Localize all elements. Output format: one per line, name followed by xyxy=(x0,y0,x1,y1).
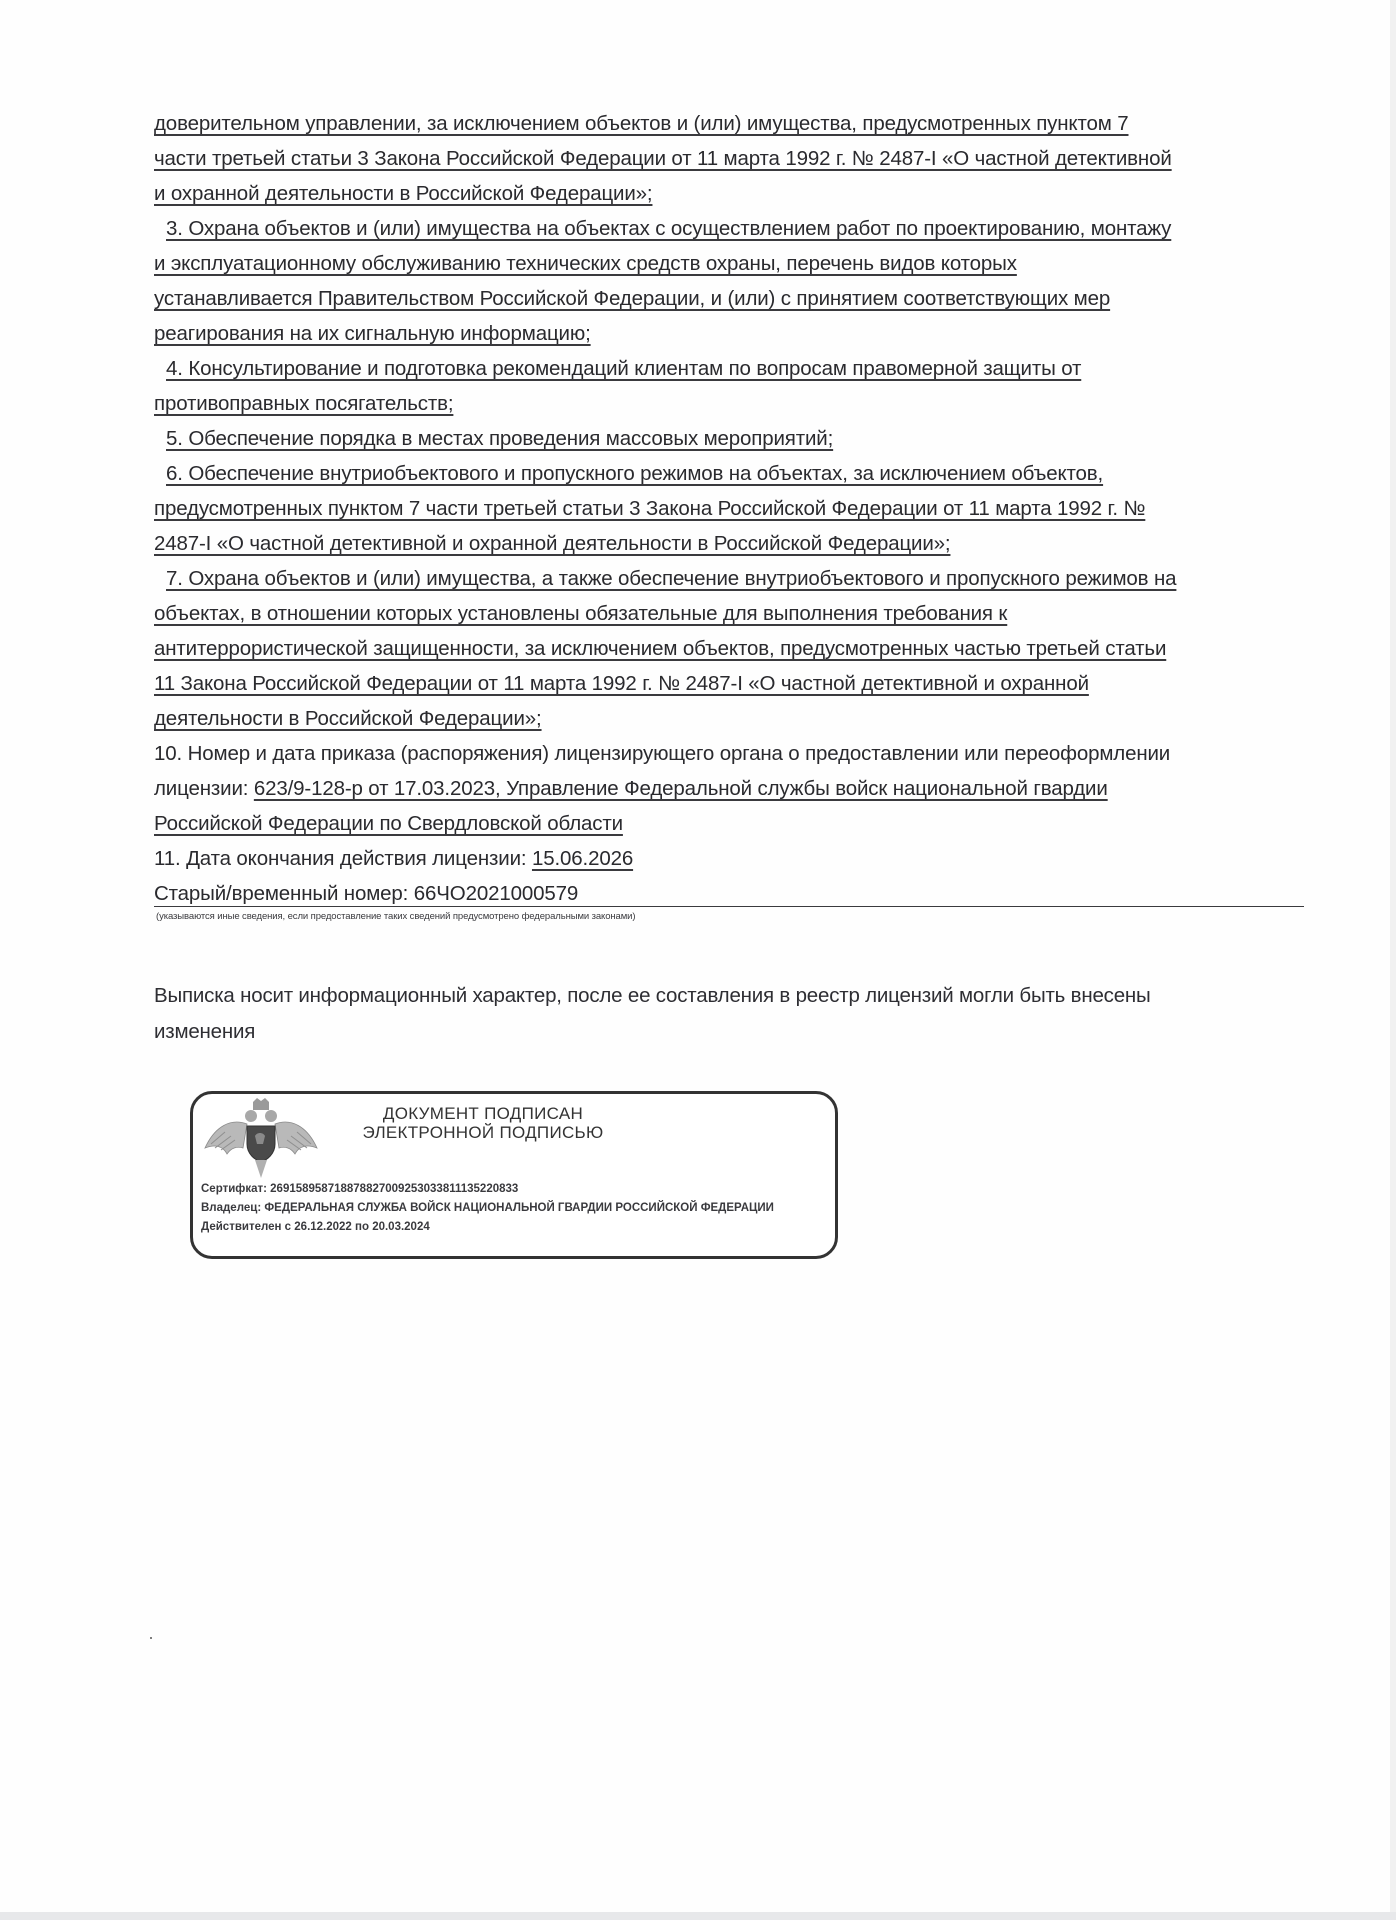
item-10-line-1: 10. Номер и дата приказа (распоряжения) … xyxy=(154,736,1304,771)
old-number-value: Старый/временный номер: 66ЧО2021000579 xyxy=(154,882,578,905)
item-10-authority-value: Российской Федерации по Свердловской обл… xyxy=(154,812,623,835)
scan-speck xyxy=(150,1637,152,1639)
scan-edge-bottom xyxy=(0,1912,1396,1920)
item-11-expiry-value: 15.06.2026 xyxy=(532,847,633,870)
activity-line: 2487-I «О частной детективной и охранной… xyxy=(154,526,1304,561)
activity-line-text: реагирования на их сигнальную информацию… xyxy=(154,322,591,345)
stamp-title: ДОКУМЕНТ ПОДПИСАН ЭЛЕКТРОННОЙ ПОДПИСЬЮ xyxy=(333,1104,633,1142)
activity-line-text: 4. Консультирование и подготовка рекомен… xyxy=(154,357,1081,380)
activity-line: части третьей статьи 3 Закона Российской… xyxy=(154,141,1304,176)
activity-line-text: 11 Закона Российской Федерации от 11 мар… xyxy=(154,672,1089,695)
activity-line-text: 2487-I «О частной детективной и охранной… xyxy=(154,532,950,555)
activity-line-text: 6. Обеспечение внутриобъектового и пропу… xyxy=(154,462,1103,485)
footnote-rule xyxy=(154,906,1304,907)
activity-line-text: и охранной деятельности в Российской Фед… xyxy=(154,182,652,205)
certificate-number: Сертифкат: 26915895871887882700925303381… xyxy=(201,1180,774,1199)
activity-line-text: деятельности в Российской Федерации»; xyxy=(154,707,542,730)
activity-line: антитеррористической защищенности, за ис… xyxy=(154,631,1304,666)
national-guard-emblem-icon xyxy=(201,1098,321,1180)
activity-line-text: и эксплуатационному обслуживанию техниче… xyxy=(154,252,1017,275)
activity-line-text: 7. Охрана объектов и (или) имущества, а … xyxy=(154,567,1176,590)
activity-line: и охранной деятельности в Российской Фед… xyxy=(154,176,1304,211)
item-10-label: 10. Номер и дата приказа (распоряжения) … xyxy=(154,742,1170,765)
activity-line: 3. Охрана объектов и (или) имущества на … xyxy=(154,211,1304,246)
certificate-validity: Действителен с 26.12.2022 по 20.03.2024 xyxy=(201,1218,774,1237)
item-10-line-2: лицензии: 623/9-128-р от 17.03.2023, Упр… xyxy=(154,771,1304,806)
activity-line: деятельности в Российской Федерации»; xyxy=(154,701,1304,736)
footnote-text: (указываются иные сведения, если предост… xyxy=(156,911,635,922)
item-10-label-prefix: лицензии: xyxy=(154,777,254,800)
item-11-line: 11. Дата окончания действия лицензии: 15… xyxy=(154,841,1304,876)
informational-notice: Выписка носит информационный характер, п… xyxy=(154,978,1304,1050)
document-page: доверительном управлении, за исключением… xyxy=(0,0,1396,1920)
item-10-line-3: Российской Федерации по Свердловской обл… xyxy=(154,806,1304,841)
activity-line: предусмотренных пунктом 7 части третьей … xyxy=(154,491,1304,526)
activity-line: доверительном управлении, за исключением… xyxy=(154,106,1304,141)
activity-line: 6. Обеспечение внутриобъектового и пропу… xyxy=(154,456,1304,491)
activity-line: противоправных посягательств; xyxy=(154,386,1304,421)
notice-line-1: Выписка носит информационный характер, п… xyxy=(154,978,1304,1014)
activity-line: объектах, в отношении которых установлен… xyxy=(154,596,1304,631)
activity-line: реагирования на их сигнальную информацию… xyxy=(154,316,1304,351)
activity-line-text: антитеррористической защищенности, за ис… xyxy=(154,637,1166,660)
activity-line-text: устанавливается Правительством Российско… xyxy=(154,287,1110,310)
activity-line: 7. Охрана объектов и (или) имущества, а … xyxy=(154,561,1304,596)
electronic-signature-stamp: ДОКУМЕНТ ПОДПИСАН ЭЛЕКТРОННОЙ ПОДПИСЬЮ С… xyxy=(190,1091,838,1259)
activity-line-text: доверительном управлении, за исключением… xyxy=(154,112,1129,135)
activity-line-text: объектах, в отношении которых установлен… xyxy=(154,602,1007,625)
activity-line: 4. Консультирование и подготовка рекомен… xyxy=(154,351,1304,386)
item-11-label: 11. Дата окончания действия лицензии: xyxy=(154,847,532,870)
activity-line-text: противоправных посягательств; xyxy=(154,392,453,415)
license-activities-text: доверительном управлении, за исключением… xyxy=(154,106,1304,911)
scan-edge-right xyxy=(1390,0,1396,1920)
stamp-details: Сертифкат: 26915895871887882700925303381… xyxy=(201,1180,774,1237)
item-10-order-value: 623/9-128-р от 17.03.2023, Управление Фе… xyxy=(254,777,1108,800)
notice-line-2: изменения xyxy=(154,1014,1304,1050)
activity-line: и эксплуатационному обслуживанию техниче… xyxy=(154,246,1304,281)
activity-line-text: 5. Обеспечение порядка в местах проведен… xyxy=(154,427,833,450)
certificate-owner: Владелец: ФЕДЕРАЛЬНАЯ СЛУЖБА ВОЙСК НАЦИО… xyxy=(201,1199,774,1218)
stamp-title-line-2: ЭЛЕКТРОННОЙ ПОДПИСЬЮ xyxy=(333,1123,633,1142)
activity-line-text: части третьей статьи 3 Закона Российской… xyxy=(154,147,1172,170)
activity-line: 5. Обеспечение порядка в местах проведен… xyxy=(154,421,1304,456)
activity-line: 11 Закона Российской Федерации от 11 мар… xyxy=(154,666,1304,701)
activity-line: устанавливается Правительством Российско… xyxy=(154,281,1304,316)
stamp-title-line-1: ДОКУМЕНТ ПОДПИСАН xyxy=(333,1104,633,1123)
activity-line-text: 3. Охрана объектов и (или) имущества на … xyxy=(154,217,1171,240)
activity-line-text: предусмотренных пунктом 7 части третьей … xyxy=(154,497,1145,520)
activities-list: доверительном управлении, за исключением… xyxy=(154,106,1304,736)
